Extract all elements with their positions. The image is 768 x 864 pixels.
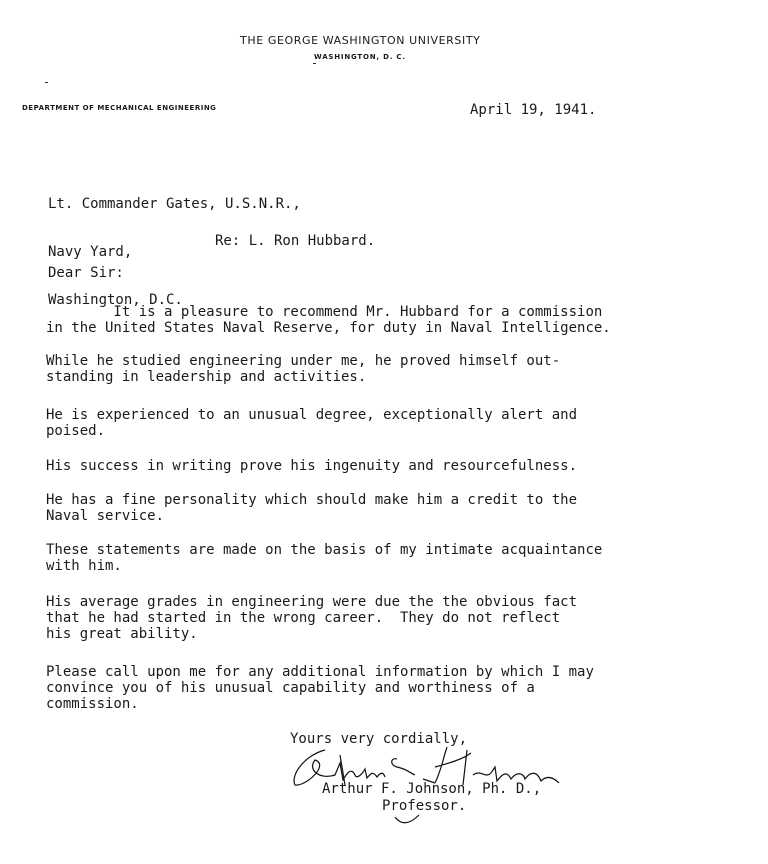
signer-title: Professor. bbox=[382, 798, 466, 814]
body-paragraph: It is a pleasure to recommend Mr. Hubbar… bbox=[46, 304, 611, 336]
letterhead-institution: THE GEORGE WASHINGTON UNIVERSITY bbox=[240, 34, 480, 47]
body-paragraph: These statements are made on the basis o… bbox=[46, 542, 602, 574]
signer-name: Arthur F. Johnson, Ph. D., bbox=[322, 781, 541, 797]
recipient-line: Lt. Commander Gates, U.S.N.R., bbox=[48, 196, 301, 212]
body-paragraph: While he studied engineering under me, h… bbox=[46, 353, 560, 385]
body-paragraph: His average grades in engineering were d… bbox=[46, 594, 577, 642]
body-paragraph: He has a fine personality which should m… bbox=[46, 492, 577, 524]
letterhead-city: WASHINGTON, D. C. bbox=[314, 53, 406, 61]
letterhead-department: DEPARTMENT OF MECHANICAL ENGINEERING bbox=[22, 104, 216, 112]
body-paragraph: His success in writing prove his ingenui… bbox=[46, 458, 577, 474]
stray-mark bbox=[313, 63, 316, 64]
body-paragraph: He is experienced to an unusual degree, … bbox=[46, 407, 577, 439]
stray-mark bbox=[45, 82, 48, 83]
body-paragraph: Please call upon me for any additional i… bbox=[46, 664, 594, 712]
subject-line: Re: L. Ron Hubbard. bbox=[215, 233, 375, 249]
salutation: Dear Sir: bbox=[48, 265, 124, 281]
letter-date: April 19, 1941. bbox=[470, 102, 596, 118]
check-mark-icon bbox=[393, 813, 423, 827]
